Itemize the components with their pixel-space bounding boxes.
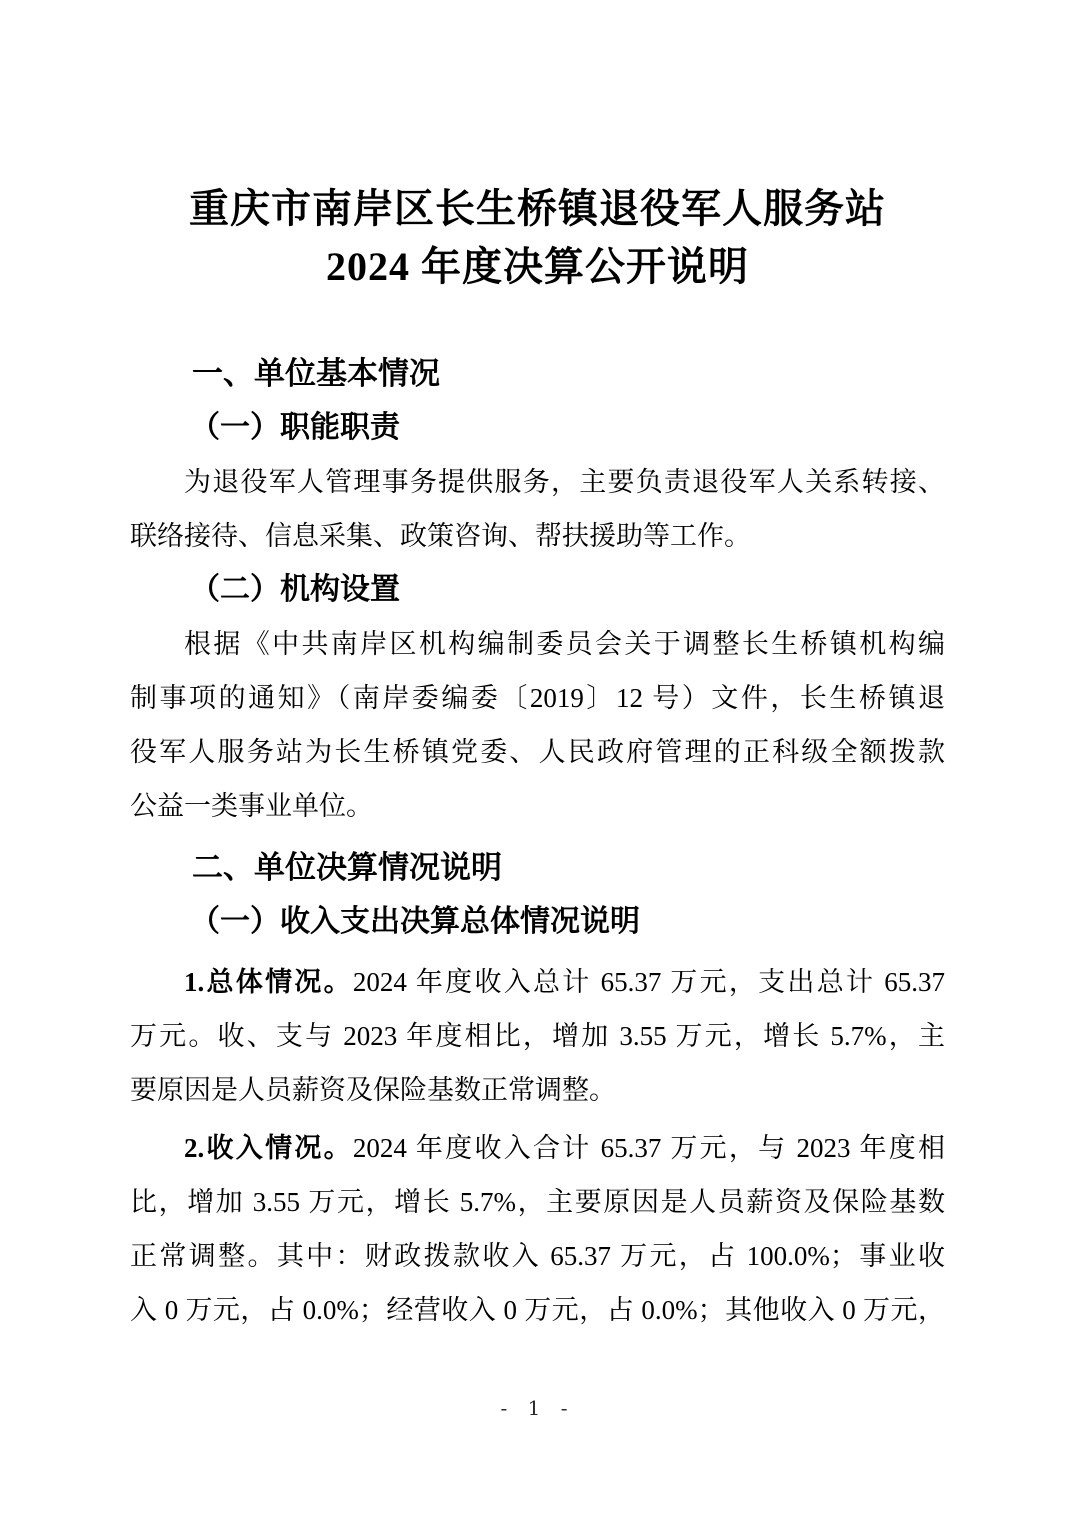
paragraph-text: 2024 年度收入总计 65.37 万元，支出总计 65.37: [353, 967, 945, 997]
paragraph-line: 根据《中共南岸区机构编制委员会关于调整长生桥镇机构编: [130, 617, 945, 671]
footer-page-number: - 1 -: [0, 1396, 1075, 1420]
run-in-label: 2.收入情况。: [184, 1133, 353, 1163]
document-content: 重庆市南岸区长生桥镇退役军人服务站 2024 年度决算公开说明 一、单位基本情况…: [130, 180, 945, 1337]
subsection-heading: （一）职能职责: [130, 401, 945, 455]
document-body: 一、单位基本情况 （一）职能职责 为退役军人管理事务提供服务，主要负责退役军人关…: [130, 347, 945, 1337]
paragraph-text: 2024 年度收入合计 65.37 万元，与 2023 年度相: [353, 1133, 945, 1163]
paragraph-line: 役军人服务站为长生桥镇党委、人民政府管理的正科级全额拨款: [130, 725, 945, 779]
paragraph-line: 入 0 万元，占 0.0%；经营收入 0 万元，占 0.0%；其他收入 0 万元…: [130, 1283, 945, 1337]
document-title-line-1: 重庆市南岸区长生桥镇退役军人服务站: [130, 180, 945, 238]
section-heading-1: 一、单位基本情况: [130, 347, 945, 401]
paragraph-line: 为退役军人管理事务提供服务，主要负责退役军人关系转接、: [130, 455, 945, 509]
document-title-line-2: 2024 年度决算公开说明: [130, 238, 945, 296]
paragraph-line: 1.总体情况。2024 年度收入总计 65.37 万元，支出总计 65.37: [130, 955, 945, 1009]
document-page: 重庆市南岸区长生桥镇退役军人服务站 2024 年度决算公开说明 一、单位基本情况…: [0, 0, 1075, 1520]
section-heading-2: 二、单位决算情况说明: [130, 841, 945, 895]
paragraph-line: 制事项的通知》（南岸委编委〔2019〕12 号）文件，长生桥镇退: [130, 671, 945, 725]
run-in-label: 1.总体情况。: [184, 967, 353, 997]
paragraph-line: 要原因是人员薪资及保险基数正常调整。: [130, 1063, 945, 1117]
subsection-heading: （二）机构设置: [130, 563, 945, 617]
paragraph-line: 万元。收、支与 2023 年度相比，增加 3.55 万元，增长 5.7%，主: [130, 1009, 945, 1063]
paragraph-line: 正常调整。其中：财政拨款收入 65.37 万元，占 100.0%；事业收: [130, 1229, 945, 1283]
subsection-heading: （一）收入支出决算总体情况说明: [130, 895, 945, 949]
paragraph-line: 联络接待、信息采集、政策咨询、帮扶援助等工作。: [130, 509, 945, 563]
paragraph-line: 比，增加 3.55 万元，增长 5.7%，主要原因是人员薪资及保险基数: [130, 1175, 945, 1229]
paragraph-line: 公益一类事业单位。: [130, 779, 945, 833]
paragraph-line: 2.收入情况。2024 年度收入合计 65.37 万元，与 2023 年度相: [130, 1121, 945, 1175]
document-title: 重庆市南岸区长生桥镇退役军人服务站 2024 年度决算公开说明: [130, 180, 945, 296]
